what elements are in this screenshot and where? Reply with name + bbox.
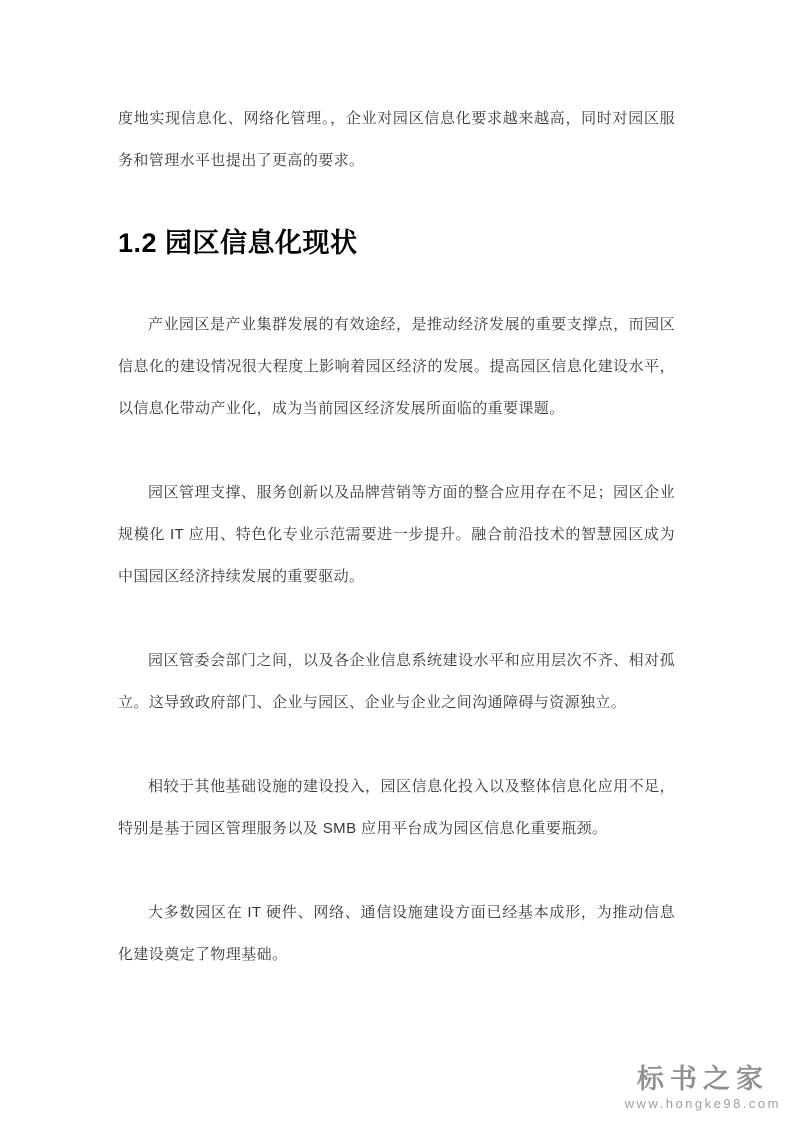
- paragraph-2: 园区管理支撑、服务创新以及品牌营销等方面的整合应用存在不足；园区企业规模化 IT…: [118, 472, 675, 598]
- paragraph-4: 相较于其他基础设施的建设投入，园区信息化投入以及整体信息化应用不足，特别是基于园…: [118, 766, 675, 850]
- paragraph-1: 产业园区是产业集群发展的有效途经，是推动经济发展的重要支撑点，而园区信息化的建设…: [118, 304, 675, 430]
- watermark-url: www.hongke98.com: [625, 1095, 781, 1112]
- intro-paragraph: 度地实现信息化、网络化管理。，企业对园区信息化要求越来越高，同时对园区服务和管理…: [118, 98, 675, 182]
- section-heading: 1.2 园区信息化现状: [118, 226, 675, 260]
- paragraph-3: 园区管委会部门之间，以及各企业信息系统建设水平和应用层次不齐、相对孤立。这导致政…: [118, 640, 675, 724]
- watermark-logo-text: 标书之家: [625, 1064, 781, 1094]
- paragraph-5: 大多数园区在 IT 硬件、网络、通信设施建设方面已经基本成形，为推动信息化建设奠…: [118, 892, 675, 976]
- watermark: 标书之家 www.hongke98.com: [625, 1064, 781, 1112]
- document-page: 度地实现信息化、网络化管理。，企业对园区信息化要求越来越高，同时对园区服务和管理…: [0, 0, 793, 1122]
